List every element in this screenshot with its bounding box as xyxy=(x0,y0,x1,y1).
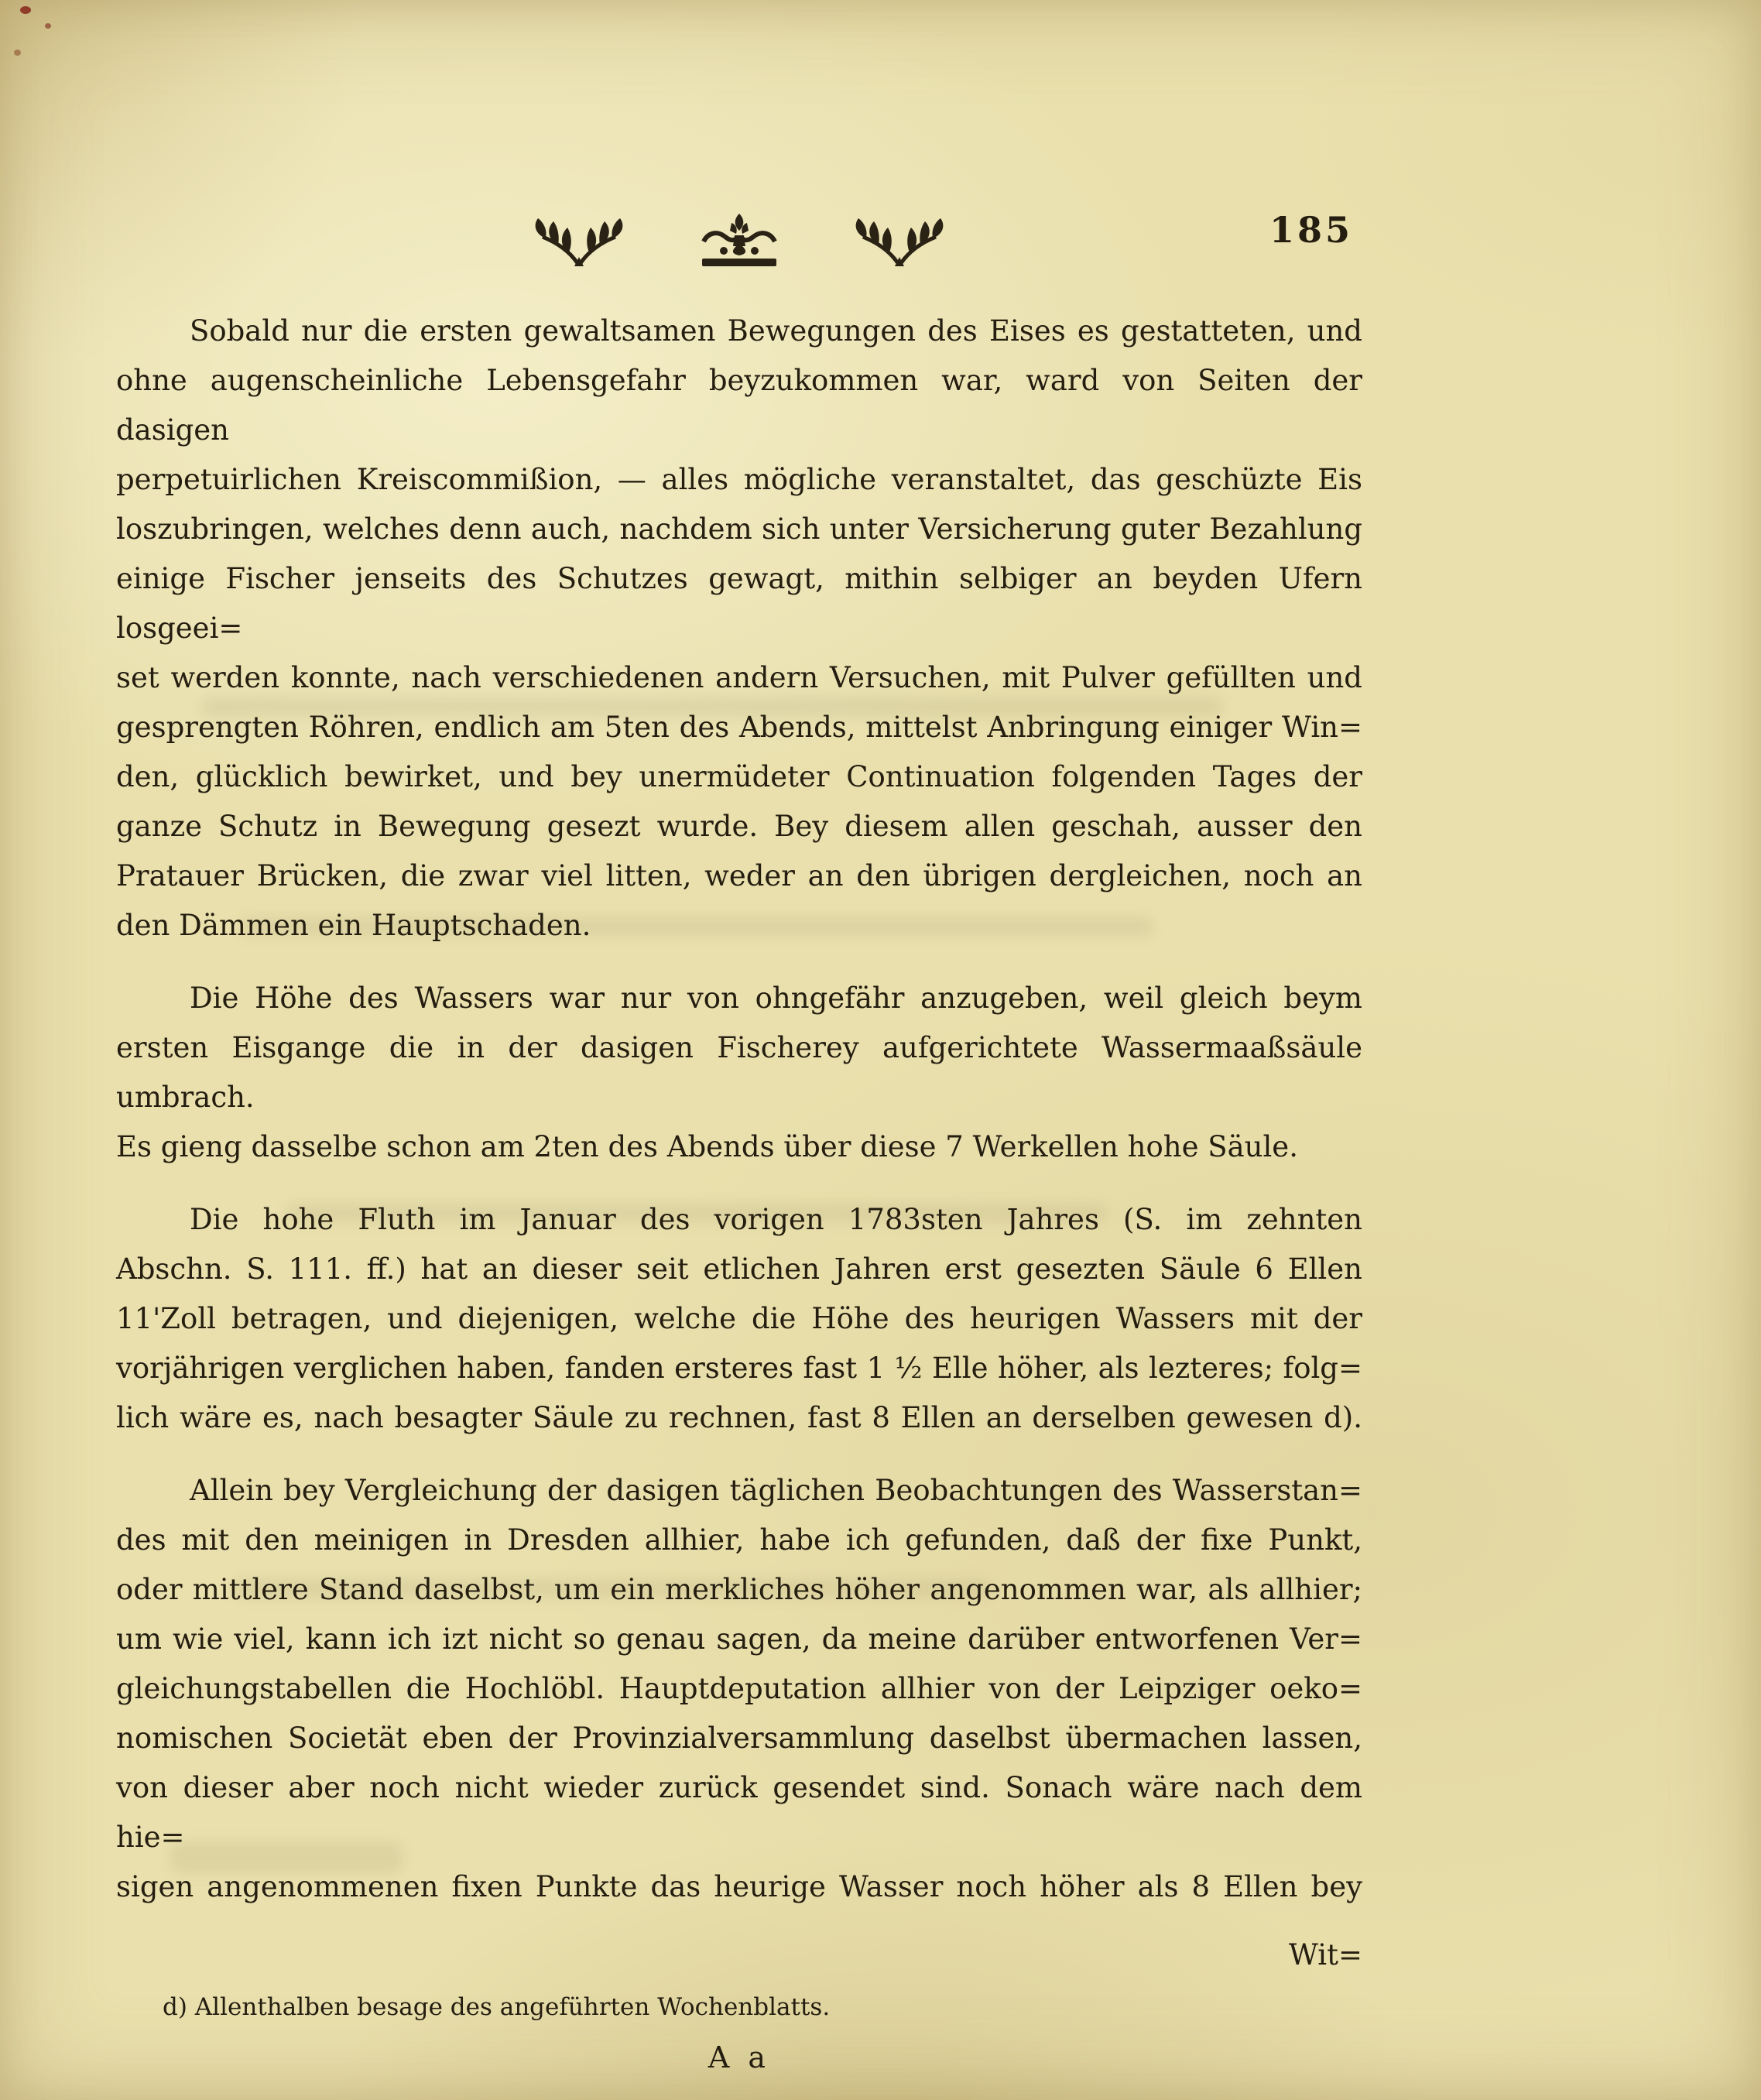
paragraph: Die hohe Fluth im Januar des vorigen 178… xyxy=(116,1195,1362,1443)
text-line: gesprengten Röhren, endlich am 5ten des … xyxy=(116,703,1362,752)
paragraph: Die Höhe des Wassers war nur von ohngefä… xyxy=(116,974,1362,1172)
text-line: gleichungstabellen die Hochlöbl. Hauptde… xyxy=(116,1664,1362,1714)
text-line: lich wäre es, nach besagter Säule zu rec… xyxy=(116,1393,1362,1443)
text-line: von dieser aber noch nicht wieder zurück… xyxy=(116,1763,1362,1862)
signature-mark: A a xyxy=(116,2033,1362,2082)
text-line: Pratauer Brücken, die zwar viel litten, … xyxy=(116,851,1362,901)
floral-crown-fleuron-icon xyxy=(697,211,781,268)
paragraph: Sobald nur die ersten gewaltsamen Bewegu… xyxy=(116,307,1362,951)
text-line: des mit den meinigen in Dresden allhier,… xyxy=(116,1516,1362,1565)
text-line: 11'Zoll betragen, und diejenigen, welche… xyxy=(116,1294,1362,1344)
paragraphs: Sobald nur die ersten gewaltsamen Bewegu… xyxy=(116,307,1362,1912)
text-line: Sobald nur die ersten gewaltsamen Bewegu… xyxy=(116,307,1362,356)
text-line: vorjährigen verglichen haben, fanden ers… xyxy=(116,1344,1362,1393)
text-line: den, glücklich bewirket, und bey unermüd… xyxy=(116,752,1362,802)
header-ornaments xyxy=(116,207,1362,268)
text-line: ersten Eisgange die in der dasigen Fisch… xyxy=(116,1023,1362,1122)
text-line: ganze Schutz in Bewegung gesezt wurde. B… xyxy=(116,802,1362,851)
text-line: loszubringen, welches denn auch, nachdem… xyxy=(116,505,1362,554)
text-line: Allein bey Vergleichung der dasigen tägl… xyxy=(116,1466,1362,1516)
text-line: Die Höhe des Wassers war nur von ohngefä… xyxy=(116,974,1362,1023)
text-line: oder mittlere Stand daselbst, um ein mer… xyxy=(116,1565,1362,1615)
text-line: set werden konnte, nach verschiedenen an… xyxy=(116,653,1362,703)
text-line: um wie viel, kann ich izt nicht so genau… xyxy=(116,1615,1362,1664)
text-line: Abschn. S. 111. ff.) hat an dieser seit … xyxy=(116,1245,1362,1294)
text-line: ohne augenscheinliche Lebensgefahr beyzu… xyxy=(116,356,1362,455)
paragraph: Allein bey Vergleichung der dasigen tägl… xyxy=(116,1466,1362,1912)
leaf-spray-fleuron-icon xyxy=(532,212,626,268)
text-line: sigen angenommenen fixen Punkte das heur… xyxy=(116,1862,1362,1912)
page-text: Sobald nur die ersten gewaltsamen Bewegu… xyxy=(116,307,1362,2082)
page-number: 185 xyxy=(1269,209,1353,251)
text-line: perpetuirlichen Kreiscommißion, — alles … xyxy=(116,455,1362,505)
paper-speck xyxy=(20,6,31,14)
leaf-spray-fleuron-icon xyxy=(852,212,947,268)
text-line: nomischen Societät eben der Provinzialve… xyxy=(116,1714,1362,1763)
page-header: 185 xyxy=(116,0,1362,269)
paper-speck xyxy=(14,50,21,56)
text-line: Es gieng dasselbe schon am 2ten des Aben… xyxy=(116,1122,1362,1172)
paper-speck xyxy=(45,23,51,29)
text-line: Die hohe Fluth im Januar des vorigen 178… xyxy=(116,1195,1362,1245)
text-line: einige Fischer jenseits des Schutzes gew… xyxy=(116,554,1362,653)
text-line: den Dämmen ein Hauptschaden. xyxy=(116,901,1362,951)
catchword: Wit= xyxy=(116,1935,1362,1975)
book-page: 185 Sobald nur die ersten gewaltsamen Be… xyxy=(0,0,1761,2100)
footnote: d) Allenthalben besage des angeführten W… xyxy=(116,1991,1362,2023)
text-column: 185 Sobald nur die ersten gewaltsamen Be… xyxy=(116,0,1362,2082)
